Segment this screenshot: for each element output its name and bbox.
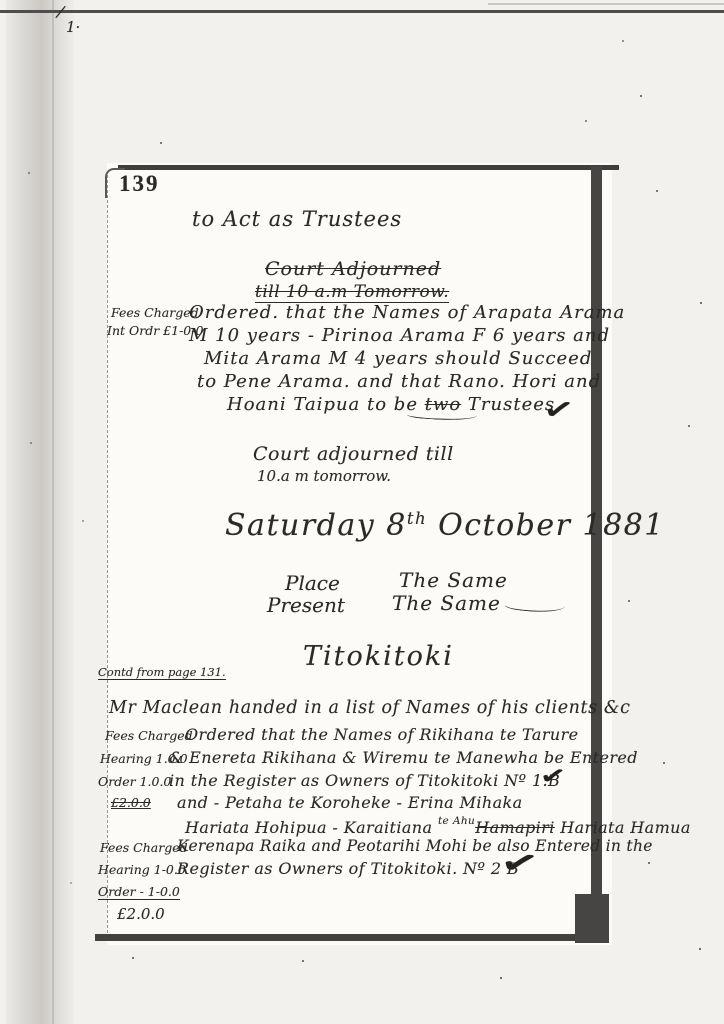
checkmark-icon: ✓ (541, 391, 577, 428)
present-value: The Same (392, 591, 501, 615)
checkmark-icon: ✓ (497, 842, 543, 885)
names-pre: Hariata Hohipua - Karaitiana (185, 818, 438, 837)
place-label: Place (285, 571, 340, 595)
case-line-register2: Register as Owners of Titokitoki. Nº 2 B (177, 859, 519, 878)
struck-adjournment-line2: till 10 a.m Tomorrow. (255, 282, 449, 303)
page-border-left-dashed (107, 175, 108, 933)
case-intro-line: Mr Maclean handed in a list of Names of … (109, 698, 631, 718)
margin-hearing-fee: Hearing 1-0.0 (98, 862, 186, 877)
margin-fees-charged: Fees Charged (100, 840, 188, 855)
page-number: 139 (119, 171, 160, 197)
scan-top-edge-line (0, 10, 724, 13)
order-line: to Pene Arama. and that Rano. Hori and (197, 371, 601, 392)
date-ordinal: th (407, 509, 427, 528)
case-title: Titokitoki (303, 641, 454, 672)
pen-flourish (504, 596, 565, 615)
case-line-names: Hariata Hohipua - Karaitiana te AhuHamap… (185, 818, 691, 837)
names-superscript: te Ahu (438, 815, 475, 827)
margin-order-fee: Order 1.0.0 (98, 774, 171, 789)
book-binding-shadow (6, 0, 74, 1024)
margin-order-fee: Order - 1-0.0 (98, 884, 180, 900)
binding-crease (52, 0, 54, 1024)
case-line-register1: in the Register as Owners of Titokitoki … (169, 771, 560, 790)
corner-ink-mark: 1· (66, 18, 80, 36)
ledger-page: 139 to Act as Trustees Court Adjourned t… (107, 163, 612, 945)
page-border-corner (575, 894, 609, 943)
dust-specks (0, 0, 2, 2)
date-day: Saturday 8 (225, 508, 407, 543)
case-line-ordered: Ordered that the Names of Rikihana te Ta… (185, 725, 579, 744)
order-final-line: Hoani Taipua to be two Trustees (227, 394, 555, 415)
case-line-kerenapa: Kerenapa Raika and Peotarihi Mohi be als… (177, 837, 653, 855)
checkmark-icon: ✓ (538, 759, 569, 791)
date-rest: October 1881 (427, 508, 665, 543)
adjournment-line2: 10.a m tomorrow. (257, 467, 391, 485)
order-line: Mita Arama M 4 years should Succeed (204, 348, 592, 369)
names-post: Hariata Hamua (555, 818, 691, 837)
struck-adjournment-line1: Court Adjourned (265, 258, 441, 280)
scan-top-edge-light-line (488, 3, 724, 5)
page-border-bottom (95, 934, 605, 941)
order-line: Ordered. that the Names of Arapata Arama (189, 302, 625, 323)
session-date: Saturday 8th October 1881 (225, 508, 665, 543)
present-label: Present (267, 593, 345, 617)
margin-total-fee: £2.0.0 (117, 905, 165, 923)
margin-contd-note: Contd from page 131. (98, 665, 226, 680)
adjournment-line1: Court adjourned till (253, 443, 454, 465)
order-final-pre: Hoani Taipua to be (227, 394, 425, 415)
order-line: M 10 years - Pirinoa Arama F 6 years and (189, 325, 610, 346)
margin-fees-charged: Fees Charged (111, 305, 199, 320)
margin-fees-charged: Fees Charged (105, 728, 193, 743)
scanned-book-photo: { "scan": { "page_number": "139", "corne… (0, 0, 724, 1024)
case-line-and-names: and - Petaha te Koroheke - Erina Mihaka (177, 793, 523, 812)
place-value: The Same (399, 568, 508, 592)
page-border-top (118, 165, 619, 170)
carryover-line: to Act as Trustees (192, 207, 402, 231)
margin-struck-total: £2.0.0 (111, 795, 151, 810)
names-struck: Hamapiri (475, 818, 555, 837)
